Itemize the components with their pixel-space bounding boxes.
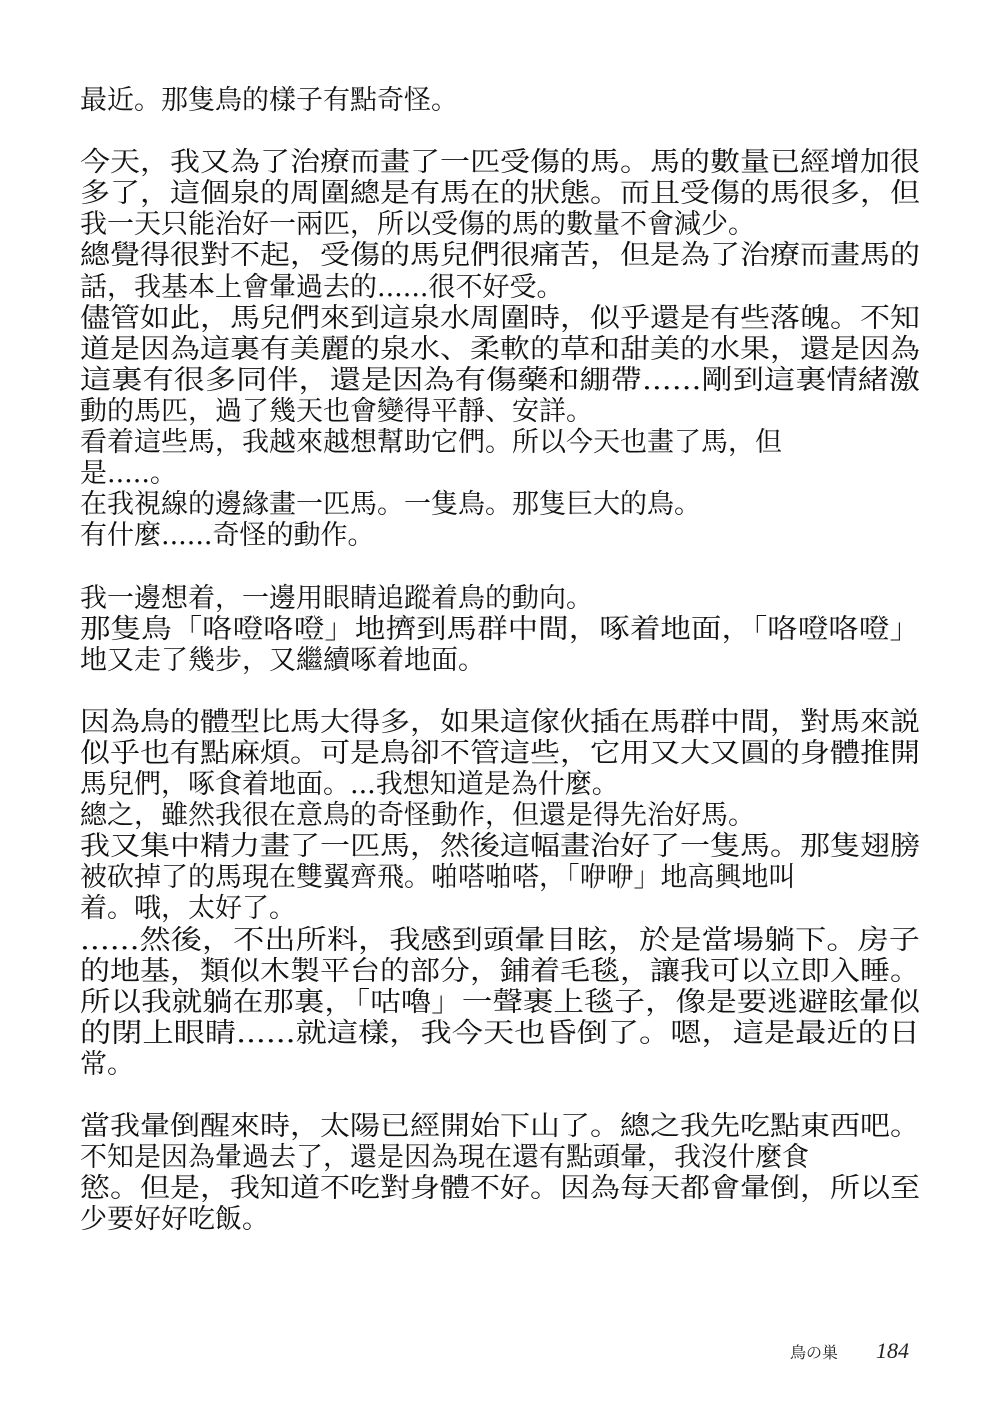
- text-line: 看着這些馬，我越來越想幫助它們。所以今天也畫了馬，但: [80, 427, 782, 458]
- text-line: 我又集中精力畫了一匹馬，然後這幅畫治好了一隻馬。那隻翅膀: [80, 831, 920, 862]
- paragraph-gap: [80, 551, 925, 582]
- text-line: 話，我基本上會暈過去的......很不好受。: [80, 272, 564, 303]
- text-line: 所以我就躺在那裏，「咕嚕」一聲裹上毯子，像是要逃避眩暈似: [80, 987, 920, 1018]
- text-line: 常。: [80, 1049, 134, 1080]
- text-line: 因為鳥的體型比馬大得多，如果這傢伙插在馬群中間，對馬來説: [80, 707, 920, 738]
- text-line: 馬兒們，啄食着地面。...我想知道是為什麼。: [80, 769, 619, 800]
- text-line: 的地基，類似木製平台的部分，鋪着毛毯，讓我可以立即入睡。: [80, 956, 920, 987]
- page-number: 184: [876, 1338, 909, 1364]
- paragraph: 當我暈倒醒來時，太陽已經開始下山了。總之我先吃點東西吧。不知是因為暈過去了，還是…: [80, 1111, 925, 1235]
- text-line: 被砍掉了的馬現在雙翼齊飛。啪嗒啪嗒，「咿咿」地高興地叫: [80, 862, 796, 893]
- text-line: 動的馬匹，過了幾天也會變得平靜、安詳。: [80, 396, 593, 427]
- text-line: 慾。但是，我知道不吃對身體不好。因為每天都會暈倒，所以至: [80, 1173, 920, 1204]
- text-line: 有什麼......奇怪的動作。: [80, 520, 375, 551]
- text-line: 總之，雖然我很在意鳥的奇怪動作，但還是得先治好馬。: [80, 800, 755, 831]
- text-line: 儘管如此，馬兒們來到這泉水周圍時，似乎還是有些落魄。不知: [80, 303, 920, 334]
- text-line: 的閉上眼睛......就這樣，我今天也昏倒了。嗯，這是最近的日: [80, 1018, 920, 1049]
- text-line: 少要好好吃飯。: [80, 1204, 269, 1235]
- page-footer: 鳥の巣 184: [790, 1338, 909, 1364]
- text-line: 最近。那隻鳥的樣子有點奇怪。: [80, 85, 458, 116]
- text-line: 多了，這個泉的周圍總是有馬在的狀態。而且受傷的馬很多，但: [80, 178, 920, 209]
- text-line: 着。哦，太好了。: [80, 893, 296, 924]
- paragraph-gap: [80, 116, 925, 147]
- book-title: 鳥の巣: [790, 1340, 838, 1363]
- text-line: 這裏有很多同伴，還是因為有傷藥和綳帶......剛到這裏情緒激: [80, 365, 920, 396]
- text-line: 我一天只能治好一兩匹，所以受傷的馬的數量不會減少。: [80, 209, 755, 240]
- text-line: 在我視線的邊緣畫一匹馬。一隻鳥。那隻巨大的鳥。: [80, 489, 701, 520]
- paragraph: 因為鳥的體型比馬大得多，如果這傢伙插在馬群中間，對馬來説似乎也有點麻煩。可是鳥卻…: [80, 707, 925, 1080]
- text-line: 那隻鳥「咯噔咯噔」地擠到馬群中間，啄着地面，「咯噔咯噔」: [80, 614, 920, 645]
- paragraph-gap: [80, 1080, 925, 1111]
- paragraph: 最近。那隻鳥的樣子有點奇怪。: [80, 85, 925, 116]
- paragraph: 我一邊想着，一邊用眼睛追蹤着鳥的動向。那隻鳥「咯噔咯噔」地擠到馬群中間，啄着地面…: [80, 583, 925, 676]
- text-line: 是.....。: [80, 458, 177, 489]
- text-line: 不知是因為暈過去了，還是因為現在還有點頭暈，我沒什麼食: [80, 1142, 809, 1173]
- paragraph: 今天，我又為了治療而畫了一匹受傷的馬。馬的數量已經增加很多了，這個泉的周圍總是有…: [80, 147, 925, 551]
- text-line: ......然後，不出所料，我感到頭暈目眩，於是當場躺下。房子: [80, 925, 920, 956]
- paragraph-gap: [80, 676, 925, 707]
- text-line: 道是因為這裏有美麗的泉水、柔軟的草和甜美的水果，還是因為: [80, 334, 920, 365]
- text-line: 地又走了幾步，又繼續啄着地面。: [80, 645, 485, 676]
- text-line: 當我暈倒醒來時，太陽已經開始下山了。總之我先吃點東西吧。: [80, 1111, 920, 1142]
- page-body: 最近。那隻鳥的樣子有點奇怪。今天，我又為了治療而畫了一匹受傷的馬。馬的數量已經增…: [80, 85, 925, 1235]
- text-line: 總覺得很對不起，受傷的馬兒們很痛苦，但是為了治療而畫馬的: [80, 240, 920, 271]
- text-line: 我一邊想着，一邊用眼睛追蹤着鳥的動向。: [80, 583, 593, 614]
- text-line: 今天，我又為了治療而畫了一匹受傷的馬。馬的數量已經增加很: [80, 147, 920, 178]
- text-line: 似乎也有點麻煩。可是鳥卻不管這些，它用又大又圓的身體推開: [80, 738, 920, 769]
